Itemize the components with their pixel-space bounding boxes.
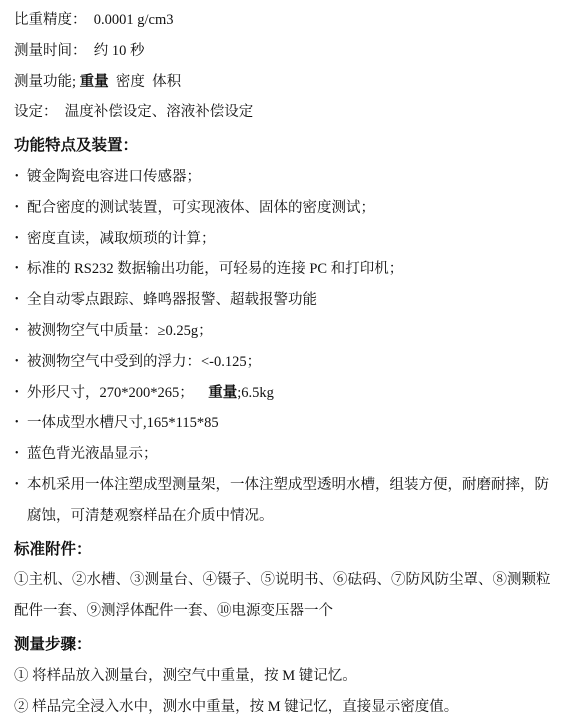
feature-item: •被测物空气中受到的浮力：<-0.125；	[14, 347, 560, 378]
bullet-icon: •	[15, 378, 19, 409]
spec-line-measure-functions: 测量功能; 重量 密度 体积	[14, 67, 560, 98]
feature-item: •全自动零点跟踪、蜂鸣器报警、超载报警功能	[14, 285, 560, 316]
feature-text: 镀金陶瓷电容进口传感器；	[27, 169, 201, 185]
bullet-icon: •	[15, 254, 19, 285]
spec-text: 密度 体积	[109, 74, 182, 90]
feature-text: 一体成型水槽尺寸,165*115*85	[27, 415, 219, 431]
bullet-icon: •	[15, 193, 19, 224]
feature-item: •一体成型水槽尺寸,165*115*85	[14, 408, 560, 439]
feature-text: 本机采用一体注塑成型测量架，一体注塑成型透明水槽，组装方便，耐磨耐摔，防腐蚀，可…	[27, 477, 549, 524]
bullet-icon: •	[15, 347, 19, 378]
bullet-icon: •	[15, 285, 19, 316]
feature-text: 密度直读，减取烦琐的计算；	[27, 231, 216, 247]
feature-text-bold: 重量	[208, 385, 237, 401]
spec-text: 比重精度： 0.0001 g/cm3	[14, 12, 174, 28]
spec-line-measure-time: 测量时间： 约 10 秒	[14, 36, 560, 67]
accessories-heading: 标准附件：	[14, 535, 560, 566]
features-heading: 功能特点及装置：	[14, 131, 560, 162]
bullet-icon: •	[15, 470, 19, 501]
feature-text: 全自动零点跟踪、蜂鸣器报警、超载报警功能	[27, 292, 317, 308]
feature-item: •镀金陶瓷电容进口传感器；	[14, 162, 560, 193]
spec-line-density-precision: 比重精度： 0.0001 g/cm3	[14, 5, 560, 36]
accessories-list: ①主机、②水槽、③测量台、④镊子、⑤说明书、⑥砝码、⑦防风防尘罩、⑧测颗粒配件一…	[14, 565, 560, 627]
feature-text: 被测物空气中质量：≥0.25g；	[27, 323, 213, 339]
steps-heading: 测量步骤：	[14, 630, 560, 661]
bullet-icon: •	[15, 316, 19, 347]
bullet-icon: •	[15, 162, 19, 193]
spec-text: 测量功能;	[14, 74, 80, 90]
feature-text: 配合密度的测试装置，可实现液体、固体的密度测试；	[27, 200, 375, 216]
spec-line-settings: 设定： 温度补偿设定、溶液补偿设定	[14, 97, 560, 128]
step-item: ① 将样品放入测量台，测空气中重量，按 M 键记忆。	[14, 661, 560, 692]
spec-text-bold: 重量	[80, 74, 109, 90]
feature-item: •本机采用一体注塑成型测量架，一体注塑成型透明水槽，组装方便，耐磨耐摔，防腐蚀，…	[14, 470, 560, 532]
bullet-icon: •	[15, 408, 19, 439]
feature-item: •密度直读，减取烦琐的计算；	[14, 224, 560, 255]
feature-text: 蓝色背光液晶显示；	[27, 446, 158, 462]
feature-text: 被测物空气中受到的浮力：<-0.125；	[27, 354, 261, 370]
feature-item: •蓝色背光液晶显示；	[14, 439, 560, 470]
feature-item: •标准的 RS232 数据输出功能，可轻易的连接 PC 和打印机；	[14, 254, 560, 285]
feature-item: •外形尺寸，270*200*265； 重量;6.5kg	[14, 378, 560, 409]
document-body: 比重精度： 0.0001 g/cm3 测量时间： 约 10 秒 测量功能; 重量…	[0, 0, 572, 716]
bullet-icon: •	[15, 439, 19, 470]
feature-text: 外形尺寸，270*200*265；	[27, 385, 208, 401]
bullet-icon: •	[15, 224, 19, 255]
feature-item: •配合密度的测试装置，可实现液体、固体的密度测试；	[14, 193, 560, 224]
step-item: ② 样品完全浸入水中，测水中重量，按 M 键记忆，直接显示密度值。	[14, 692, 560, 716]
feature-text: 标准的 RS232 数据输出功能，可轻易的连接 PC 和打印机；	[27, 261, 403, 277]
spec-text: 设定： 温度补偿设定、溶液补偿设定	[14, 104, 253, 120]
spec-text: 测量时间： 约 10 秒	[14, 43, 145, 59]
feature-text: ;6.5kg	[237, 385, 274, 401]
feature-item: •被测物空气中质量：≥0.25g；	[14, 316, 560, 347]
